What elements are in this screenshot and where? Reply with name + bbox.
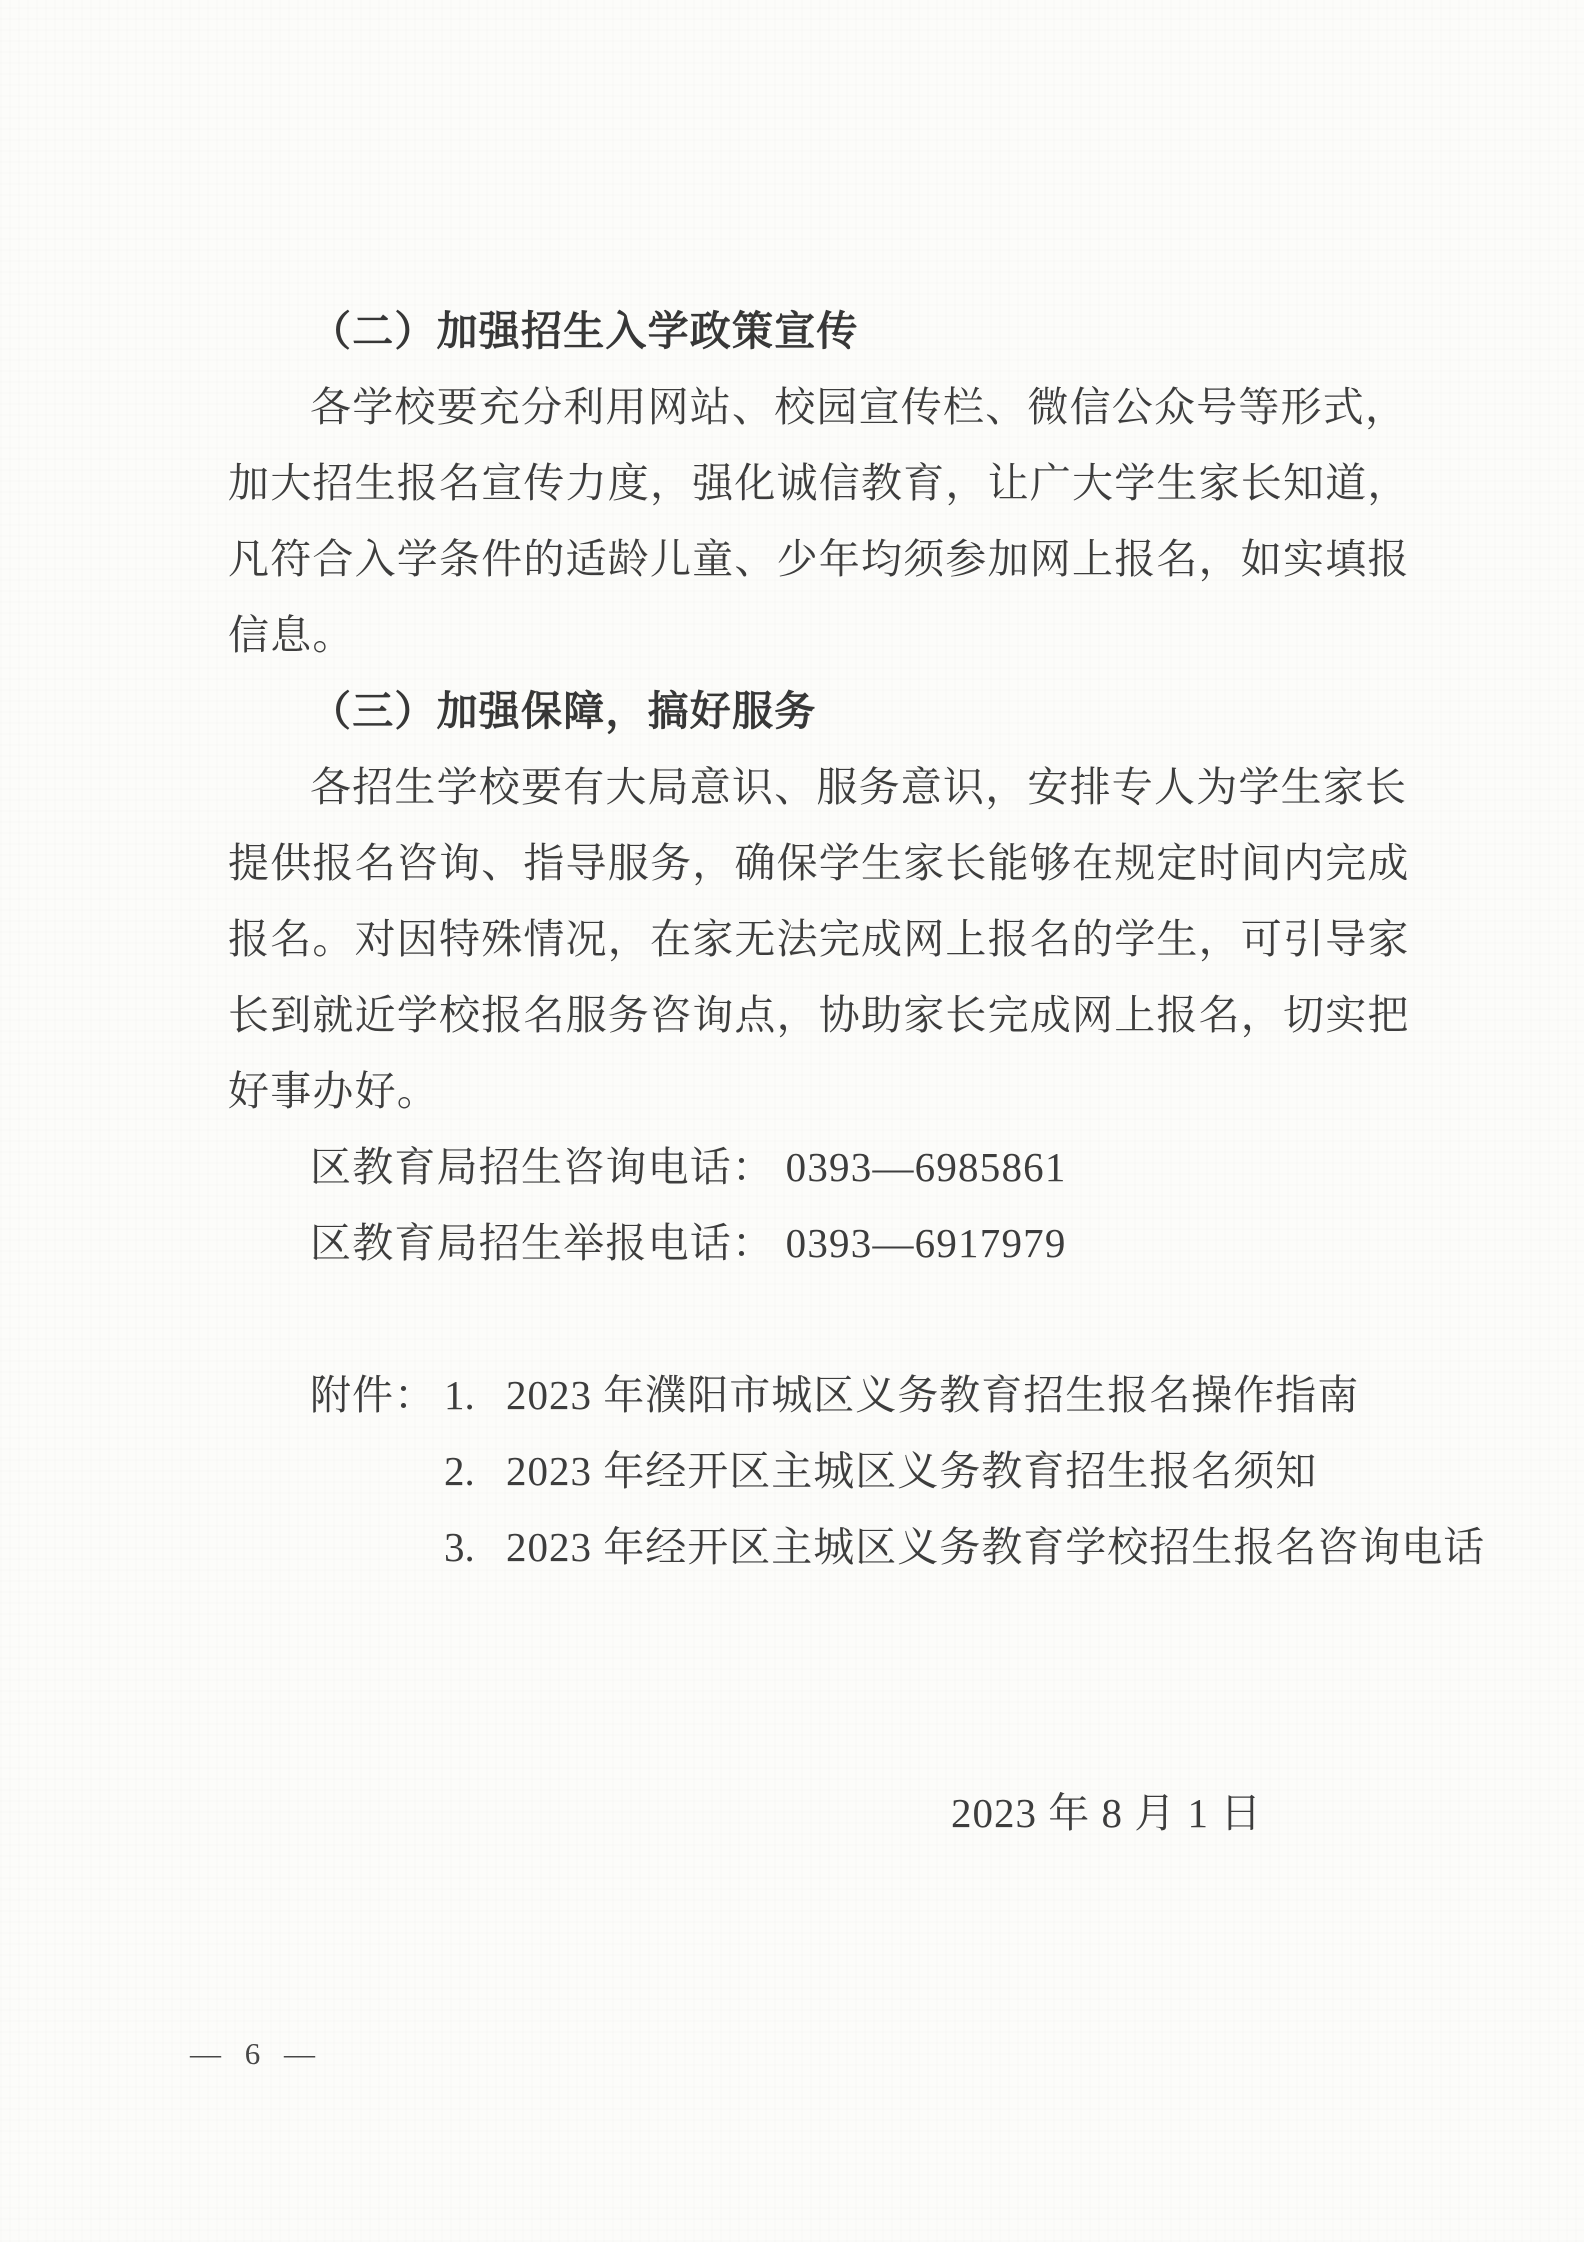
body-line: 各学校要充分利用网站、校园宣传栏、微信公众号等形式， <box>228 369 1418 445</box>
section-3-heading: （三）加强保障，搞好服务 <box>228 673 1418 749</box>
document-body: （二）加强招生入学政策宣传 各学校要充分利用网站、校园宣传栏、微信公众号等形式，… <box>228 293 1418 1851</box>
scanned-document-page: （二）加强招生入学政策宣传 各学校要充分利用网站、校园宣传栏、微信公众号等形式，… <box>0 0 1584 2242</box>
report-phone-line: 区教育局招生举报电话： 0393—6917979 <box>228 1205 1418 1281</box>
attachment-item: 2. 2023 年经开区主城区义务教育招生报名须知 <box>228 1433 1418 1509</box>
attachment-number: 1. <box>444 1357 506 1433</box>
attachment-item: 附件： 1. 2023 年濮阳市城区义务教育招生报名操作指南 <box>228 1357 1418 1433</box>
body-line: 好事办好。 <box>228 1053 1418 1129</box>
body-line: 各招生学校要有大局意识、服务意识，安排专人为学生家长 <box>228 749 1418 825</box>
attachments-label: 附件： <box>310 1357 444 1433</box>
section-2-heading: （二）加强招生入学政策宣传 <box>228 293 1418 369</box>
body-line: 加大招生报名宣传力度，强化诚信教育，让广大学生家长知道， <box>228 445 1418 521</box>
attachment-title: 2023 年经开区主城区义务教育招生报名须知 <box>506 1433 1317 1509</box>
attachment-item: 3. 2023 年经开区主城区义务教育学校招生报名咨询电话 <box>228 1509 1418 1585</box>
consult-phone-line: 区教育局招生咨询电话： 0393—6985861 <box>228 1129 1418 1205</box>
page-number: — 6 — <box>190 2034 323 2074</box>
attachment-title: 2023 年经开区主城区义务教育学校招生报名咨询电话 <box>506 1509 1485 1585</box>
attachment-number: 2. <box>444 1433 506 1509</box>
body-line: 长到就近学校报名服务咨询点，协助家长完成网上报名，切实把 <box>228 977 1418 1053</box>
body-line: 提供报名咨询、指导服务，确保学生家长能够在规定时间内完成 <box>228 825 1418 901</box>
attachments-list: 附件： 1. 2023 年濮阳市城区义务教育招生报名操作指南 2. 2023 年… <box>228 1357 1418 1585</box>
attachment-title: 2023 年濮阳市城区义务教育招生报名操作指南 <box>506 1357 1359 1433</box>
attachment-number: 3. <box>444 1509 506 1585</box>
body-line: 报名。对因特殊情况，在家无法完成网上报名的学生，可引导家 <box>228 901 1418 977</box>
body-line: 信息。 <box>228 597 1418 673</box>
body-line: 凡符合入学条件的适龄儿童、少年均须参加网上报名，如实填报 <box>228 521 1418 597</box>
date-line: 2023 年 8 月 1 日 <box>951 1775 1418 1851</box>
